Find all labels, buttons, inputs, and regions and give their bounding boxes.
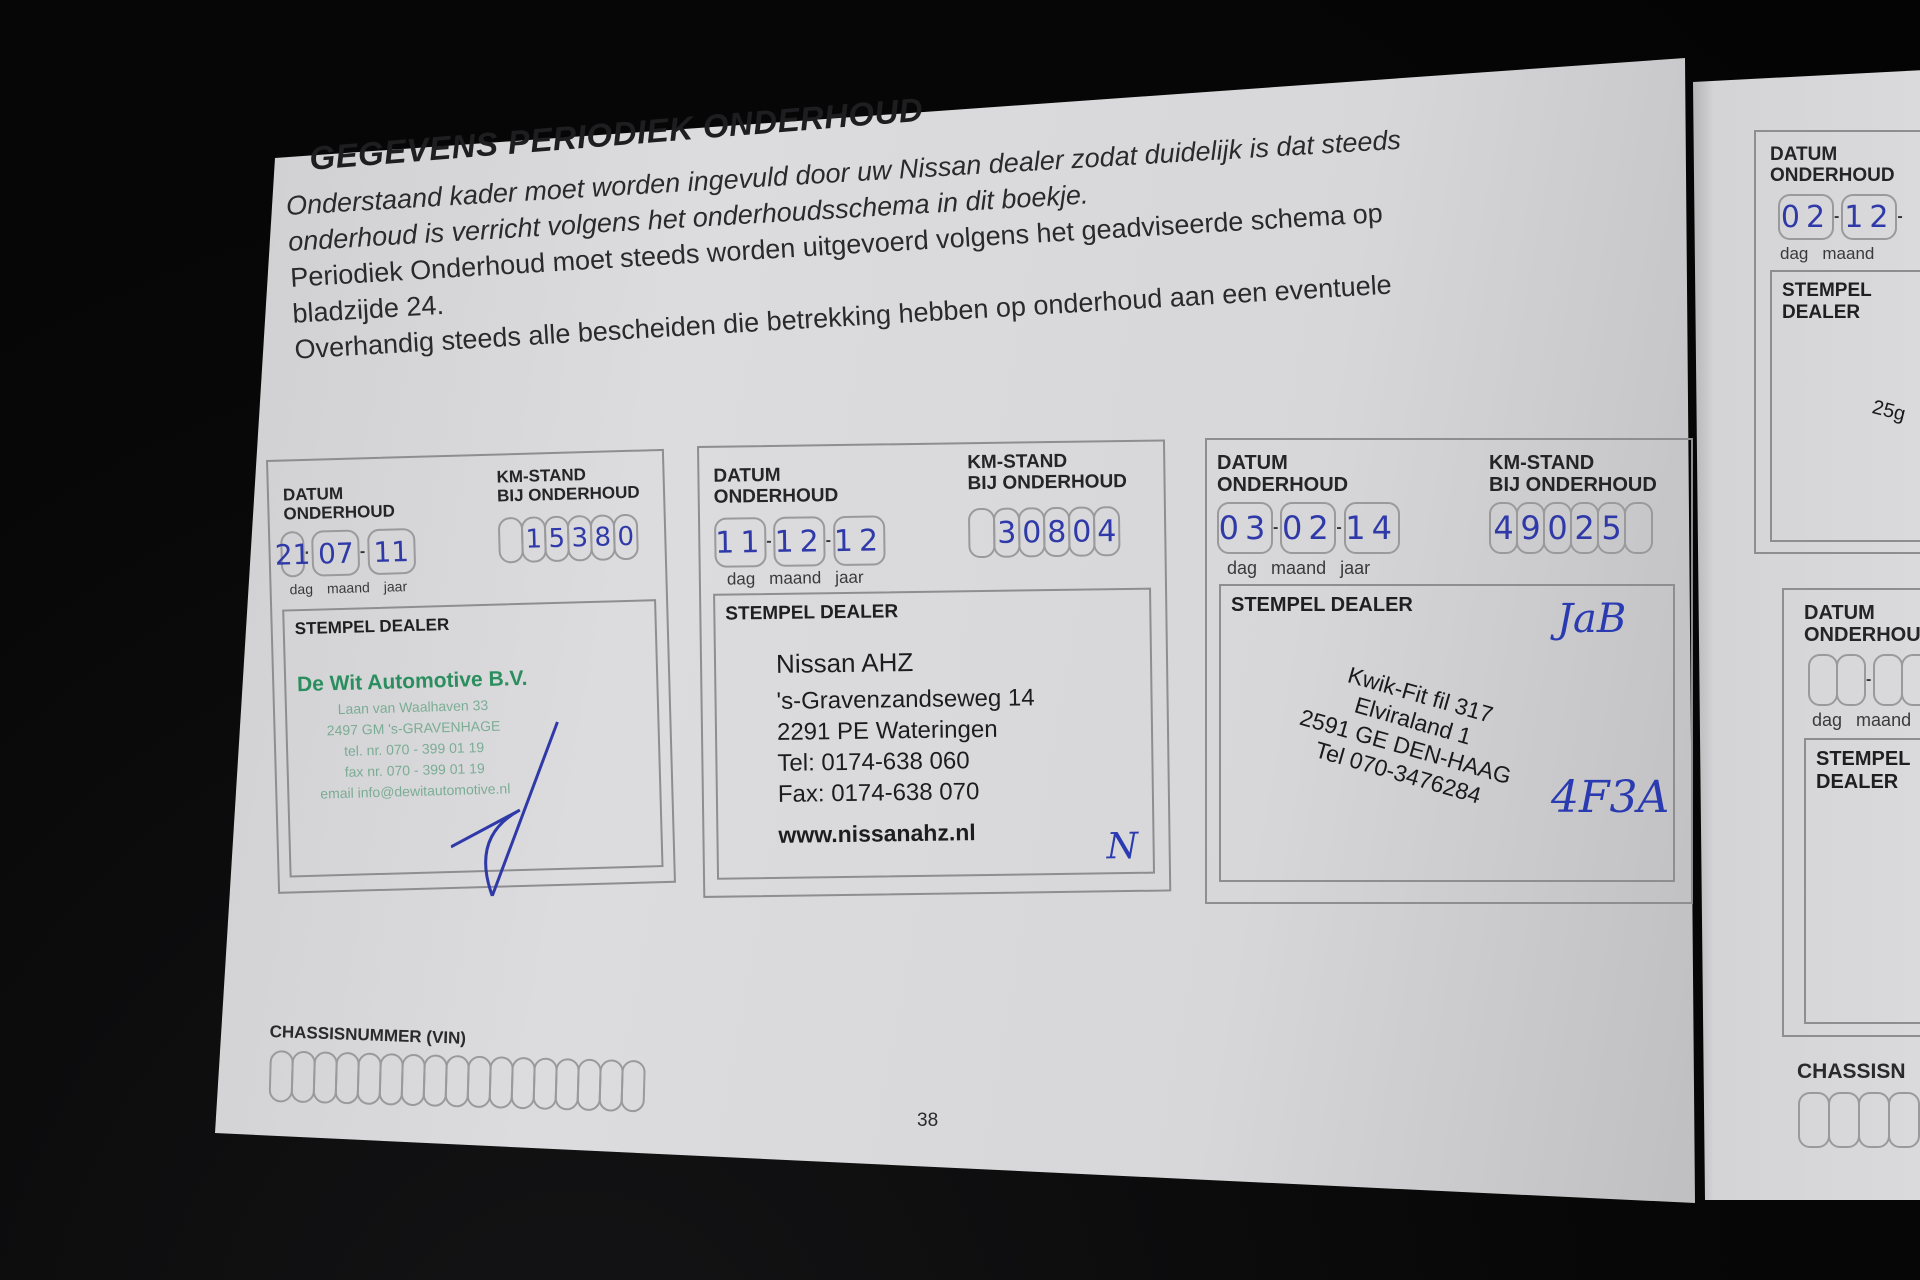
km-digit[interactable]: 0	[1068, 506, 1096, 556]
right-entry-top: DATUMONDERHOUD 02 - 12 - dagmaand STEMPE…	[1754, 130, 1920, 554]
km-label: KM-STANDBIJ ONDERHOUD	[496, 464, 640, 506]
km-digit[interactable]: 3	[567, 515, 593, 562]
vin-char[interactable]	[488, 1056, 513, 1109]
vin-char[interactable]	[1828, 1092, 1860, 1148]
date-field[interactable]: 11 - 12 - 12	[714, 515, 883, 567]
dealer-website: www.nissanahz.nl	[778, 818, 1036, 849]
dealer-name: De Wit Automotive B.V.	[292, 667, 533, 698]
vin-char[interactable]	[554, 1058, 579, 1111]
date-year[interactable]: 14	[1344, 502, 1400, 554]
date-sublabels: dagmaandjaar	[727, 568, 864, 590]
stamp-label: STEMPEL DEALER	[725, 601, 898, 625]
date-label: DATUMONDERHOUD	[1770, 144, 1895, 187]
km-digit[interactable]: 3	[993, 507, 1021, 557]
dealer-stamp-box: STEMPEL DEALER	[1804, 738, 1920, 1024]
km-digit[interactable]: 5	[544, 516, 570, 563]
vin-char[interactable]	[620, 1060, 645, 1113]
date-sublabels: dagmaandjaar	[1227, 558, 1370, 579]
date-label: DATUMONDERHOUD	[1804, 602, 1920, 647]
vin-char[interactable]	[269, 1050, 294, 1103]
date-day[interactable]: 11	[714, 517, 767, 568]
vin-char[interactable]	[357, 1052, 382, 1105]
stamp-label: STEMPEL DEALER	[1231, 594, 1413, 617]
date-month[interactable]: 12	[773, 516, 826, 567]
dealer-stamp-box: STEMPEL DEALER 25g	[1770, 270, 1920, 542]
date-day[interactable]: 02	[1778, 194, 1834, 240]
vin-char[interactable]	[1798, 1092, 1830, 1148]
vin-label-right: CHASSISN	[1797, 1060, 1906, 1084]
dealer-stamp-box: STEMPEL DEALER De Wit Automotive B.V. La…	[282, 599, 663, 877]
vin-char[interactable]	[510, 1057, 535, 1110]
vin-char[interactable]	[400, 1054, 425, 1107]
date-day[interactable]	[1808, 654, 1838, 706]
date-month[interactable]	[1873, 654, 1903, 706]
vin-char[interactable]	[444, 1055, 469, 1108]
km-digit[interactable]: 2	[1570, 502, 1599, 554]
stamp-label: STEMPEL DEALER	[294, 615, 449, 639]
date-field[interactable]: -	[1808, 654, 1920, 706]
dealer-stamp-partial: 25g	[1870, 396, 1908, 426]
vin-char[interactable]	[313, 1051, 338, 1104]
date-month[interactable]	[1901, 654, 1920, 706]
date-month[interactable]: 12	[1841, 194, 1897, 240]
vin-char[interactable]	[1888, 1092, 1920, 1148]
vin-char[interactable]	[335, 1052, 360, 1105]
right-entry-bottom: DATUMONDERHOUD - dagmaand STEMPEL DEALER	[1782, 588, 1920, 1037]
date-field[interactable]: 03 - 02 - 14	[1217, 502, 1398, 554]
maintenance-entry-2: DATUMONDERHOUD KM-STANDBIJ ONDERHOUD 11 …	[697, 439, 1171, 897]
signature-icon	[447, 714, 572, 907]
dealer-fax: Fax: 0174-638 070	[778, 775, 1036, 810]
km-digit[interactable]: 1	[521, 516, 547, 563]
date-year[interactable]: 11	[367, 528, 416, 575]
km-field[interactable]: 4 9 0 2 5	[1489, 502, 1651, 554]
page-number: 38	[917, 1110, 938, 1132]
date-label: DATUMONDERHOUD	[713, 464, 838, 508]
km-digit[interactable]	[968, 508, 996, 558]
km-field[interactable]: 3 0 8 0 4	[968, 506, 1119, 558]
date-day[interactable]: 03	[1217, 502, 1273, 554]
vin-char[interactable]	[598, 1059, 623, 1112]
stamp-label: STEMPEL DEALER	[1782, 280, 1920, 324]
date-month[interactable]: 02	[1280, 502, 1336, 554]
date-sublabels: dagmaand	[1780, 244, 1874, 264]
dealer-name: Nissan AHZ	[776, 645, 1034, 680]
km-field[interactable]: 1 5 3 8 0	[498, 514, 637, 564]
km-label: KM-STANDBIJ ONDERHOUD	[1489, 452, 1657, 497]
vin-char[interactable]	[422, 1054, 447, 1107]
dealer-stamp-box: STEMPEL DEALER Kwik-Fit fil 317 Elvirala…	[1219, 584, 1675, 882]
date-day[interactable]	[1836, 654, 1866, 706]
dealer-stamp: Kwik-Fit fil 317 Elviraland 1 2591 GE DE…	[1289, 652, 1529, 816]
date-sublabels: dagmaand	[1812, 710, 1911, 731]
vin-field-right[interactable]	[1798, 1092, 1918, 1148]
vin-char[interactable]	[379, 1053, 404, 1106]
initials-signature: JaB	[1557, 596, 1626, 642]
dealer-address: 's-Gravenzandseweg 14	[776, 682, 1034, 717]
date-label: DATUMONDERHOUD	[1217, 452, 1348, 497]
date-sublabels: dagmaandjaar	[289, 578, 407, 597]
vin-char[interactable]	[291, 1051, 316, 1104]
km-digit[interactable]: 0	[1018, 507, 1046, 557]
km-digit[interactable]: 4	[1489, 502, 1518, 554]
date-month[interactable]: 07	[311, 529, 360, 576]
date-day[interactable]: 21	[280, 531, 305, 578]
km-digit[interactable]	[498, 517, 524, 564]
dealer-city: 2291 PE Wateringen	[777, 713, 1035, 748]
km-digit[interactable]: 0	[613, 514, 639, 561]
dealer-tel: Tel: 0174-638 060	[777, 744, 1035, 779]
vin-field[interactable]	[269, 1050, 644, 1112]
date-year[interactable]: 12	[833, 515, 886, 566]
stamp-label: STEMPEL DEALER	[1816, 748, 1920, 794]
initials-signature: N	[1106, 826, 1138, 867]
date-field[interactable]: 02 - 12 -	[1778, 194, 1905, 240]
dealer-stamp: Nissan AHZ 's-Gravenzandseweg 14 2291 PE…	[776, 645, 1037, 849]
maintenance-entry-1: DATUMONDERHOUD KM-STANDBIJ ONDERHOUD 21 …	[266, 449, 676, 894]
dealer-stamp-box: STEMPEL DEALER Nissan AHZ 's-Gravenzands…	[713, 588, 1155, 880]
vin-char[interactable]	[532, 1057, 557, 1110]
vin-char[interactable]	[1858, 1092, 1890, 1148]
handwritten-note: 4F3A	[1551, 772, 1669, 823]
km-digit[interactable]: 9	[1516, 502, 1545, 554]
km-digit[interactable]: 8	[590, 514, 616, 561]
date-field[interactable]: 21 · 07 - 11	[280, 528, 414, 578]
km-digit[interactable]: 8	[1043, 507, 1071, 557]
vin-char[interactable]	[576, 1059, 601, 1112]
km-label: KM-STANDBIJ ONDERHOUD	[967, 450, 1127, 495]
km-digit[interactable]	[1624, 502, 1653, 554]
maintenance-entry-3: DATUMONDERHOUD KM-STANDBIJ ONDERHOUD 03 …	[1205, 438, 1693, 904]
km-digit[interactable]: 0	[1543, 502, 1572, 554]
km-digit[interactable]: 4	[1093, 506, 1121, 556]
date-label: DATUMONDERHOUD	[283, 482, 395, 523]
km-digit[interactable]: 5	[1597, 502, 1626, 554]
vin-char[interactable]	[466, 1056, 491, 1109]
